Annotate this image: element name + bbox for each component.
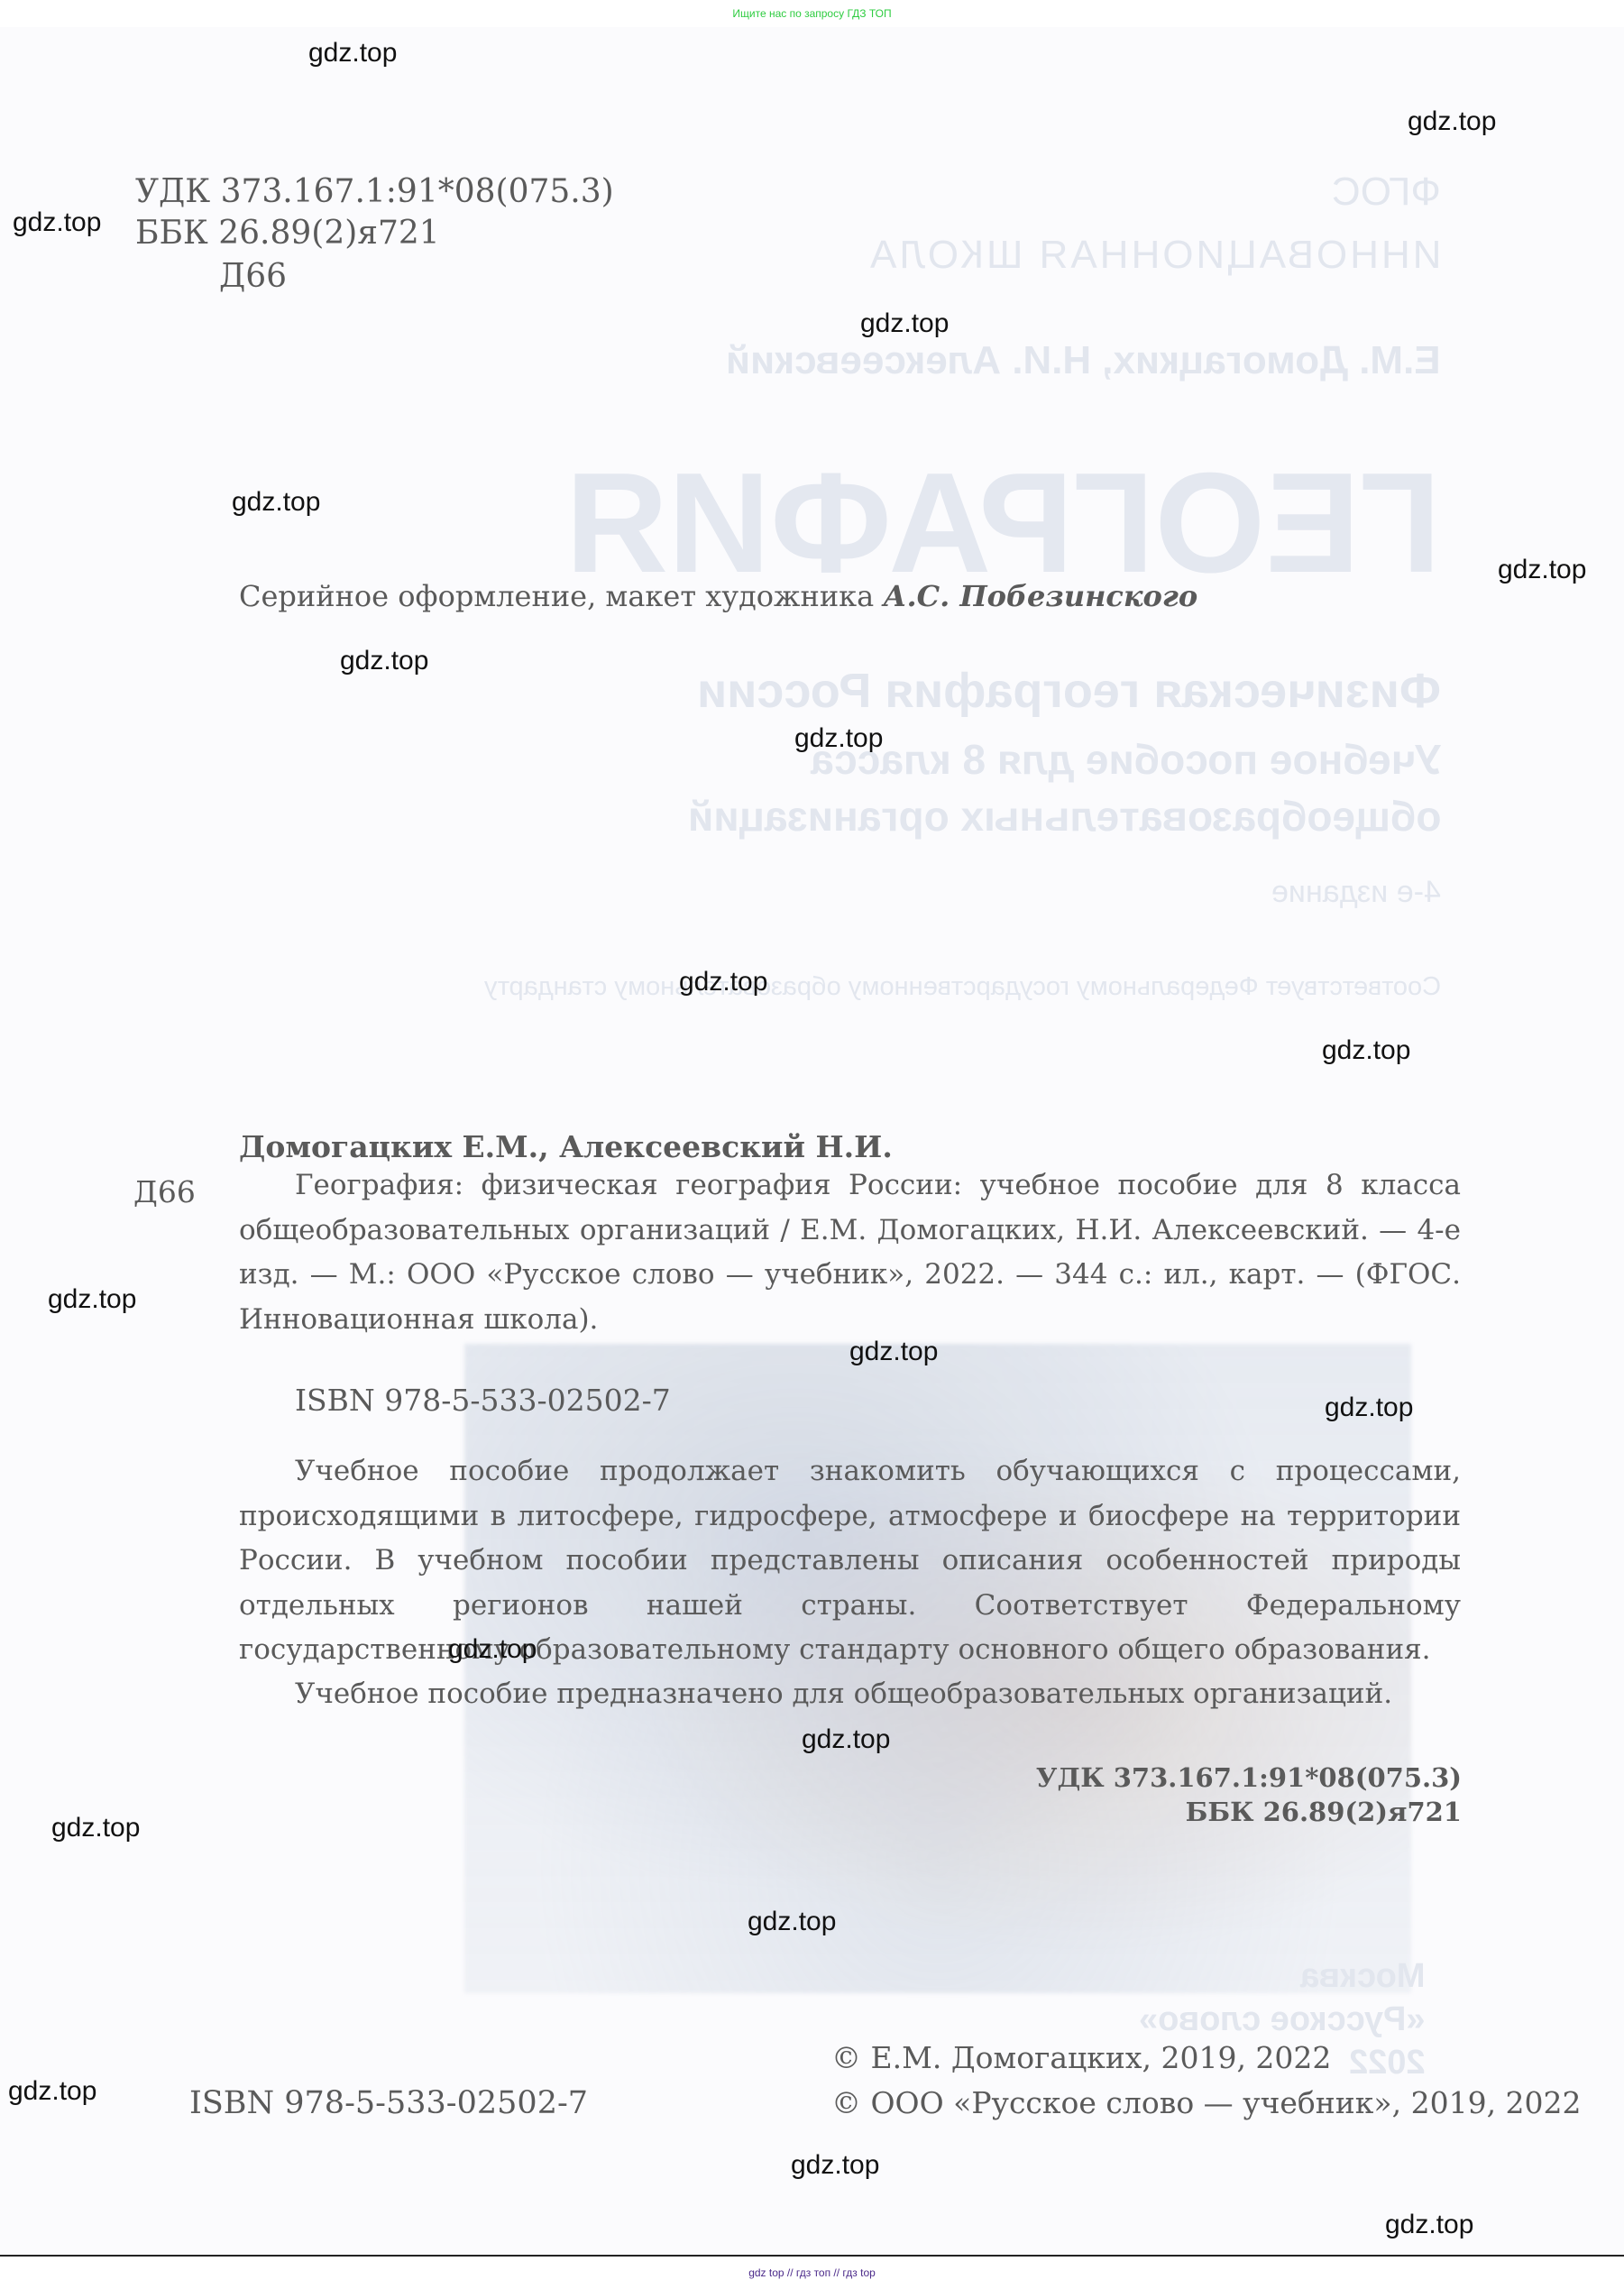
watermark: gdz.top [849, 1337, 938, 1367]
bottom-banner: gdz top // гдз топ // гдз top [0, 2257, 1624, 2289]
ghost-series: ФГОС [1332, 170, 1441, 215]
watermark: gdz.top [448, 1634, 537, 1665]
record-description: География: физическая география России: … [239, 1163, 1461, 1342]
ghost-desc-line1: Учебное пособие для 8 класса [811, 735, 1441, 784]
ghost-city: Москва [1300, 1957, 1426, 1996]
header-code: Д66 [219, 258, 287, 295]
watermark: gdz.top [1325, 1393, 1413, 1423]
watermark: gdz.top [340, 646, 428, 676]
watermark: gdz.top [51, 1813, 140, 1843]
ghost-desc-line2: общеобразовательных организаций [688, 792, 1441, 841]
footer-isbn: ISBN 978-5-533-02502-7 [189, 2085, 588, 2121]
watermark: gdz.top [1385, 2210, 1473, 2240]
record-annotation-text: Учебное пособие продолжает знакомить обу… [239, 1449, 1461, 1673]
record-code: Д66 [133, 1174, 196, 1209]
record-udk: УДК 373.167.1:91*08(075.3) [1036, 1762, 1462, 1793]
ghost-year: 2022 [1349, 2044, 1426, 2082]
watermark: gdz.top [748, 1907, 836, 1937]
design-credit: Серийное оформление, макет художника А.С… [239, 579, 1197, 613]
ghost-series-name: ИННОВАЦИОННАЯ ШКОЛА [867, 233, 1441, 278]
book-page: ФГОС ИННОВАЦИОННАЯ ШКОЛА Е.М. Домогацких… [0, 27, 1624, 2255]
bottom-banner-text: gdz top // гдз топ // гдз top [748, 2266, 876, 2279]
watermark: gdz.top [232, 487, 320, 518]
record-audience: Учебное пособие предназначено для общеоб… [295, 1678, 1392, 1710]
header-bbk: ББК 26.89(2)я721 [135, 215, 440, 252]
ghost-authors: Е.М. Домогацких, Н.И. Алексеевский [726, 338, 1441, 383]
top-banner: Ищите нас по запросу ГДЗ ТОП [0, 0, 1624, 27]
watermark: gdz.top [860, 308, 949, 339]
ghost-title: ГЕОГРАФИЯ [565, 451, 1441, 595]
record-annotation: Учебное пособие продолжает знакомить обу… [239, 1449, 1461, 1673]
record-description-text: География: физическая география России: … [239, 1163, 1461, 1342]
design-credit-text: Серийное оформление, макет художника [239, 579, 883, 613]
watermark: gdz.top [308, 38, 397, 69]
ghost-publisher: «Русское слово» [1139, 2000, 1426, 2039]
design-credit-artist: А.С. Побезинского [883, 579, 1197, 613]
record-bbk: ББК 26.89(2)я721 [1186, 1797, 1462, 1827]
watermark: gdz.top [13, 207, 101, 238]
watermark: gdz.top [679, 967, 767, 997]
watermark: gdz.top [1322, 1035, 1410, 1066]
record-authors: Домогацких Е.М., Алексеевский Н.И. [239, 1129, 893, 1164]
ghost-standard: Соответствует Федеральному государственн… [484, 972, 1441, 1002]
watermark: gdz.top [8, 2076, 96, 2107]
watermark: gdz.top [1408, 106, 1496, 137]
header-udk: УДК 373.167.1:91*08(075.3) [135, 173, 614, 210]
watermark: gdz.top [48, 1284, 136, 1315]
watermark: gdz.top [794, 723, 883, 754]
top-banner-text: Ищите нас по запросу ГДЗ ТОП [732, 7, 891, 20]
footer-copyright-author: © Е.М. Домогацких, 2019, 2022 [831, 2040, 1331, 2075]
record-isbn: ISBN 978-5-533-02502-7 [295, 1383, 671, 1418]
ghost-subtitle: Физическая география России [697, 663, 1441, 719]
footer-copyright-publisher: © ООО «Русское слово — учебник», 2019, 2… [831, 2085, 1582, 2120]
watermark: gdz.top [802, 1724, 890, 1755]
ghost-edition: 4-е издание [1271, 875, 1441, 910]
watermark: gdz.top [791, 2150, 879, 2181]
watermark: gdz.top [1498, 555, 1586, 585]
